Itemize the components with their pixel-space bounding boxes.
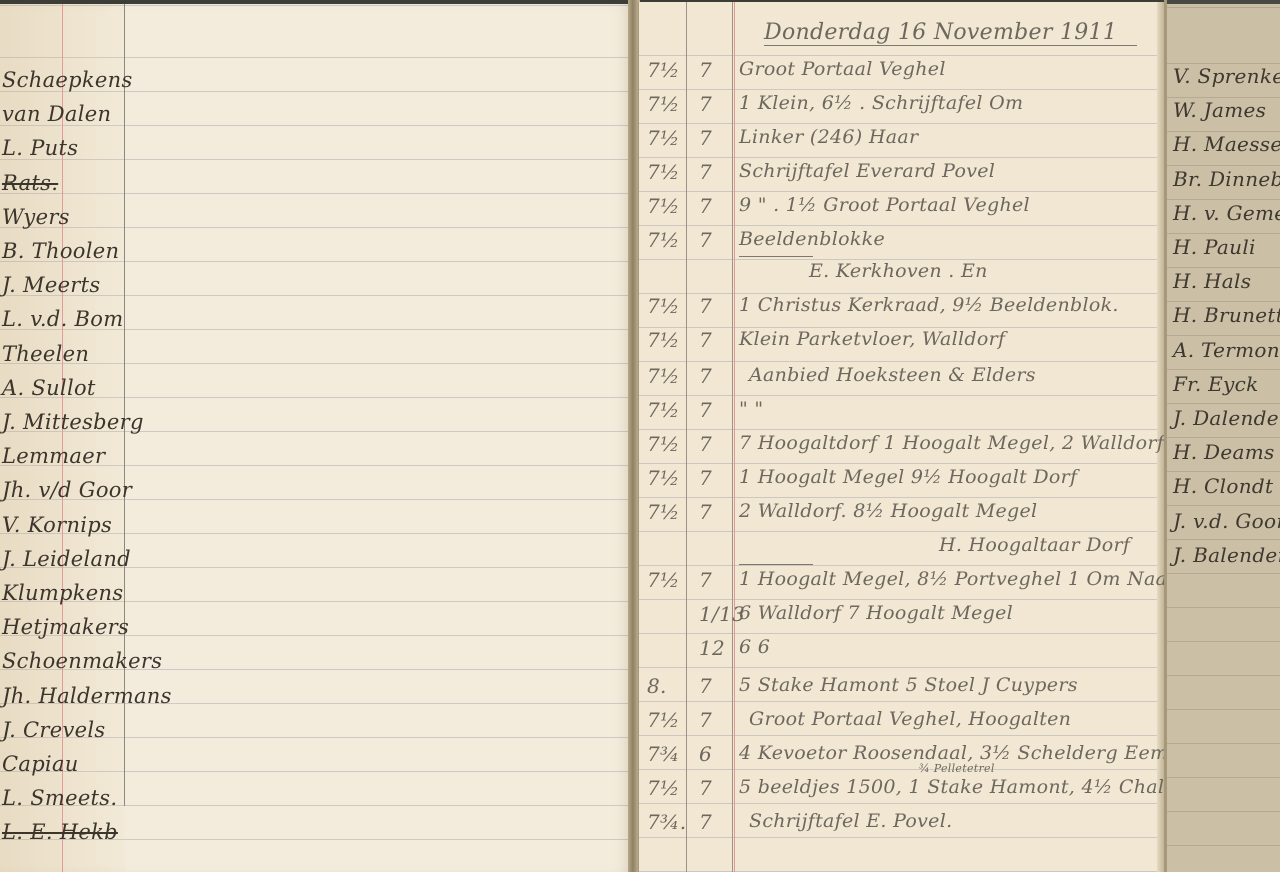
hours-cell: 8. [647, 674, 667, 698]
entry-text: 1 Hoogalt Megel, 8½ Portveghel 1 Om Naar… [739, 568, 1165, 590]
rate-cell: 7 [699, 328, 712, 352]
cover-name-entry: Br. Dinnebier [1173, 167, 1280, 191]
hours-cell: 7¾. [647, 810, 686, 834]
hours-cell: 7½ [647, 432, 680, 456]
cover-name-entry: A. Termon [1173, 338, 1280, 362]
cover-sheet: V. SprenkelsW. JamesH. MaessenBr. Dinneb… [1164, 0, 1280, 872]
name-entry: van Dalen [2, 102, 111, 126]
name-entry: Jh. Haldermans [2, 684, 172, 708]
name-entry: Jh. v/d Goor [2, 478, 132, 502]
name-entry: J. Mittesberg [2, 410, 144, 434]
rate-cell: 7 [699, 398, 712, 422]
name-entry: L. E. Hekb [2, 820, 118, 844]
name-entry: Wyers [2, 205, 70, 229]
left-page: Schaepkensvan DalenL. PutsRats.WyersB. T… [0, 4, 630, 872]
name-entry: L. v.d. Bom [2, 307, 123, 331]
cover-name-entry: H. Hals [1173, 269, 1251, 293]
hours-cell: 7½ [647, 126, 680, 150]
hours-cell: 7½ [647, 328, 680, 352]
hours-cell: 7½ [647, 466, 680, 490]
right-page: Donderdag 16 November 1911 7½7Groot Port… [638, 2, 1165, 872]
cover-ruling [1167, 0, 1280, 872]
entry-text: 1 Klein, 6½ . Schrijftafel Om [739, 92, 1023, 114]
hours-cell: 7½ [647, 294, 680, 318]
entry-text: Schrijftafel Everard Povel [739, 160, 995, 182]
section-rule [739, 256, 813, 257]
entry-text: 7 Hoogaltdorf 1 Hoogalt Megel, 2 Walldor… [739, 432, 1164, 454]
entry-text: Aanbied Hoeksteen & Elders [749, 364, 1036, 386]
rate-cell: 7 [699, 810, 712, 834]
cover-name-entry: H. v. Gemert [1173, 201, 1280, 225]
hours-cell: 7½ [647, 58, 680, 82]
cover-name-entry: V. Sprenkels [1173, 64, 1280, 88]
entry-text: 1 Hoogalt Megel 9½ Hoogalt Dorf [739, 466, 1077, 488]
name-entry: Hetjmakers [2, 615, 129, 639]
rate-cell: 7 [699, 708, 712, 732]
hours-cell: 7½ [647, 776, 680, 800]
rate-cell: 6 [699, 742, 712, 766]
entry-text: 4 Kevoetor Roosendaal, 3½ Schelderg Eemd… [739, 742, 1165, 764]
hours-cell: 7½ [647, 398, 680, 422]
entry-text: Beeldenblokke [739, 228, 885, 250]
column-rule-a [686, 2, 687, 872]
name-entry: Capiau [2, 752, 79, 776]
hours-cell: 7½ [647, 364, 680, 388]
cover-name-entry: H. Pauli [1173, 235, 1256, 259]
cover-name-entry: J. v.d. Goor [1173, 509, 1280, 533]
hours-cell: 7½ [647, 92, 680, 116]
hours-cell: 7½ [647, 160, 680, 184]
entry-text: 1 Christus Kerkraad, 9½ Beeldenblok. [739, 294, 1119, 316]
entry-text: 5 beeldjes 1500, 1 Stake Hamont, 4½ Chal… [739, 776, 1165, 798]
cover-name-entry: H. Deams [1173, 440, 1275, 464]
name-entry: L. Puts [2, 136, 78, 160]
entry-text: " " [739, 398, 763, 420]
column-rule-b [732, 2, 733, 872]
name-entry: Theelen [2, 342, 89, 366]
entry-text: Groot Portaal Veghel, Hoogalten [749, 708, 1071, 730]
section-rule [739, 564, 813, 565]
marginal-annotation: ¾ Pelletetrel [919, 762, 995, 775]
red-margin-line [62, 4, 63, 872]
entry-text: Linker (246) Haar [739, 126, 918, 148]
name-entry: A. Sullot [2, 376, 96, 400]
entry-text: 6 6 [739, 636, 770, 658]
name-entry: B. Thoolen [2, 239, 119, 263]
name-entry: J. Crevels [2, 718, 105, 742]
rate-cell: 7 [699, 126, 712, 150]
cover-name-entry: W. James [1173, 98, 1266, 122]
name-entry: Schaepkens [2, 68, 133, 92]
rate-cell: 7 [699, 776, 712, 800]
rate-cell: 7 [699, 500, 712, 524]
rate-cell: 7 [699, 194, 712, 218]
rate-cell: 7 [699, 160, 712, 184]
hours-cell: 7½ [647, 228, 680, 252]
name-entry: Rats. [2, 171, 58, 195]
cover-name-entry: J. Balenders [1173, 543, 1280, 567]
name-entry: J. Meerts [2, 273, 100, 297]
date-heading: Donderdag 16 November 1911 [764, 20, 1137, 46]
entry-text: 2 Walldorf. 8½ Hoogalt Megel [739, 500, 1037, 522]
entry-text: H. Hoogaltaar Dorf [939, 534, 1130, 556]
entry-text: Schrijftafel E. Povel. [749, 810, 952, 832]
rate-cell: 7 [699, 294, 712, 318]
entry-text: 6 Walldorf 7 Hoogalt Megel [739, 602, 1013, 624]
rate-cell: 7 [699, 228, 712, 252]
name-entry: J. Leideland [2, 547, 131, 571]
name-entry: Klumpkens [2, 581, 123, 605]
entry-text: E. Kerkhoven . En [809, 260, 988, 282]
entry-text: 9 " . 1½ Groot Portaal Veghel [739, 194, 1030, 216]
hours-cell: 7½ [647, 708, 680, 732]
rate-cell: 7 [699, 364, 712, 388]
entry-text: 5 Stake Hamont 5 Stoel J Cuypers [739, 674, 1078, 696]
cover-name-entry: H. Clondt [1173, 474, 1273, 498]
rate-cell: 7 [699, 568, 712, 592]
hours-cell: 7½ [647, 568, 680, 592]
name-entry: Schoenmakers [2, 649, 162, 673]
entry-text: Klein Parketvloer, Walldorf [739, 328, 1005, 350]
cover-name-entry: Fr. Eyck [1173, 372, 1259, 396]
cover-name-entry: H. Maessen [1173, 132, 1280, 156]
rate-cell: 7 [699, 674, 712, 698]
hours-cell: 7½ [647, 500, 680, 524]
rate-cell: 7 [699, 466, 712, 490]
hours-cell: 7¾ [647, 742, 680, 766]
cover-name-entry: J. Dalenders [1173, 406, 1280, 430]
name-entry: V. Kornips [2, 513, 112, 537]
rate-cell: 7 [699, 92, 712, 116]
cover-name-entry: H. Brunette [1173, 303, 1280, 327]
rate-cell: 7 [699, 432, 712, 456]
red-margin-line [734, 2, 735, 872]
name-entry: Lemmaer [2, 444, 105, 468]
hours-cell: 7½ [647, 194, 680, 218]
rate-cell: 7 [699, 58, 712, 82]
name-entry: L. Smeets. [2, 786, 117, 810]
entry-text: Groot Portaal Veghel [739, 58, 946, 80]
rate-cell: 12 [699, 636, 725, 660]
